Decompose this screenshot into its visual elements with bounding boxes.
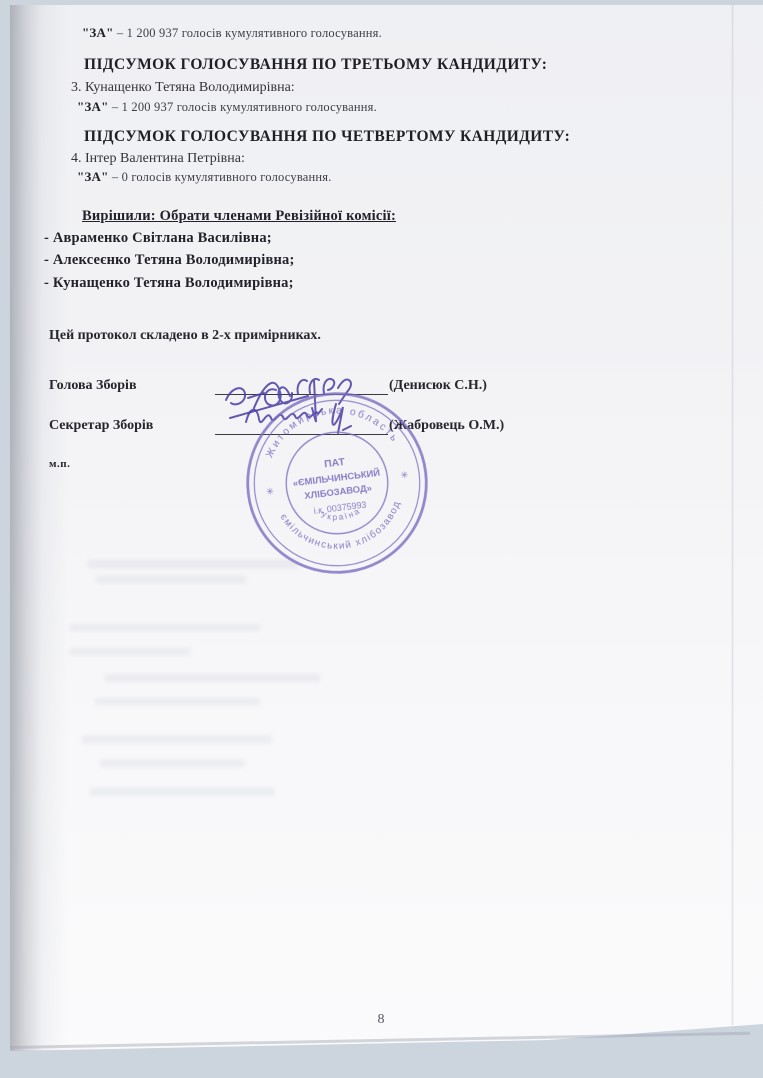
candidate-3-name: 3. Кунащенко Тетяна Володимирівна: xyxy=(71,80,295,96)
scanned-protocol-page: "ЗА" – 1 200 937 голосів кумулятивного г… xyxy=(0,0,763,1078)
paper-fold-line xyxy=(731,5,734,1025)
decision-heading: Вирішили: Обрати членами Ревізійної комі… xyxy=(82,208,396,225)
decision-member-3: - Кунащенко Тетяна Володимирівна; xyxy=(44,275,294,292)
copies-note: Цей протокол складено в 2-х примірниках. xyxy=(49,328,321,344)
vote-count-text: – 1 200 937 голосів кумулятивного голосу… xyxy=(112,100,377,114)
bleed-through-ghost xyxy=(82,736,272,743)
vote-result-previous: "ЗА" – 1 200 937 голосів кумулятивного г… xyxy=(82,25,382,41)
secretary-label: Секретар Зборів xyxy=(49,418,153,434)
bleed-through-ghost xyxy=(90,788,275,796)
za-label: "ЗА" xyxy=(77,99,109,114)
bleed-through-ghost xyxy=(100,760,245,767)
bleed-through-ghost xyxy=(95,698,260,705)
stamp-star-right-icon: ✳ xyxy=(400,469,409,481)
vote-result-third: "ЗА" – 1 200 937 голосів кумулятивного г… xyxy=(77,99,377,115)
decision-member-2: - Алексеєнко Тетяна Володимирівна; xyxy=(44,252,295,269)
seal-place-mark: м.п. xyxy=(49,458,70,470)
stamp-ring-top-text: Житомирська область xyxy=(259,398,401,461)
vote-count-text: – 1 200 937 голосів кумулятивного голосу… xyxy=(117,26,382,40)
vote-count-text: – 0 голосів кумулятивного голосування. xyxy=(112,170,332,184)
za-label: "ЗА" xyxy=(82,25,114,40)
za-label: "ЗА" xyxy=(77,169,109,184)
bleed-through-ghost xyxy=(70,648,190,655)
bleed-through-ghost xyxy=(70,624,260,631)
stamp-star-left-icon: ✳ xyxy=(265,486,274,498)
company-round-stamp: Житомирська область ємільчинський хлібоз… xyxy=(232,378,442,588)
chairman-label: Голова Зборів xyxy=(49,378,137,394)
stamp-ring-top-textpath: Житомирська область xyxy=(259,398,401,461)
bleed-through-ghost xyxy=(96,576,246,583)
vote-result-fourth: "ЗА" – 0 голосів кумулятивного голосуван… xyxy=(77,169,332,185)
decision-member-1: - Авраменко Світлана Василівна; xyxy=(44,230,272,247)
page-number: 8 xyxy=(0,1012,763,1028)
stamp-org-type: ПАТ xyxy=(324,457,347,471)
candidate-4-name: 4. Інтер Валентина Петрівна: xyxy=(71,151,245,167)
bleed-through-ghost xyxy=(105,674,320,682)
heading-fourth-candidate: ПІДСУМОК ГОЛОСУВАННЯ ПО ЧЕТВЕРТОМУ КАНДИ… xyxy=(84,128,570,146)
heading-third-candidate: ПІДСУМОК ГОЛОСУВАННЯ ПО ТРЕТЬОМУ КАНДИДИ… xyxy=(84,56,547,74)
